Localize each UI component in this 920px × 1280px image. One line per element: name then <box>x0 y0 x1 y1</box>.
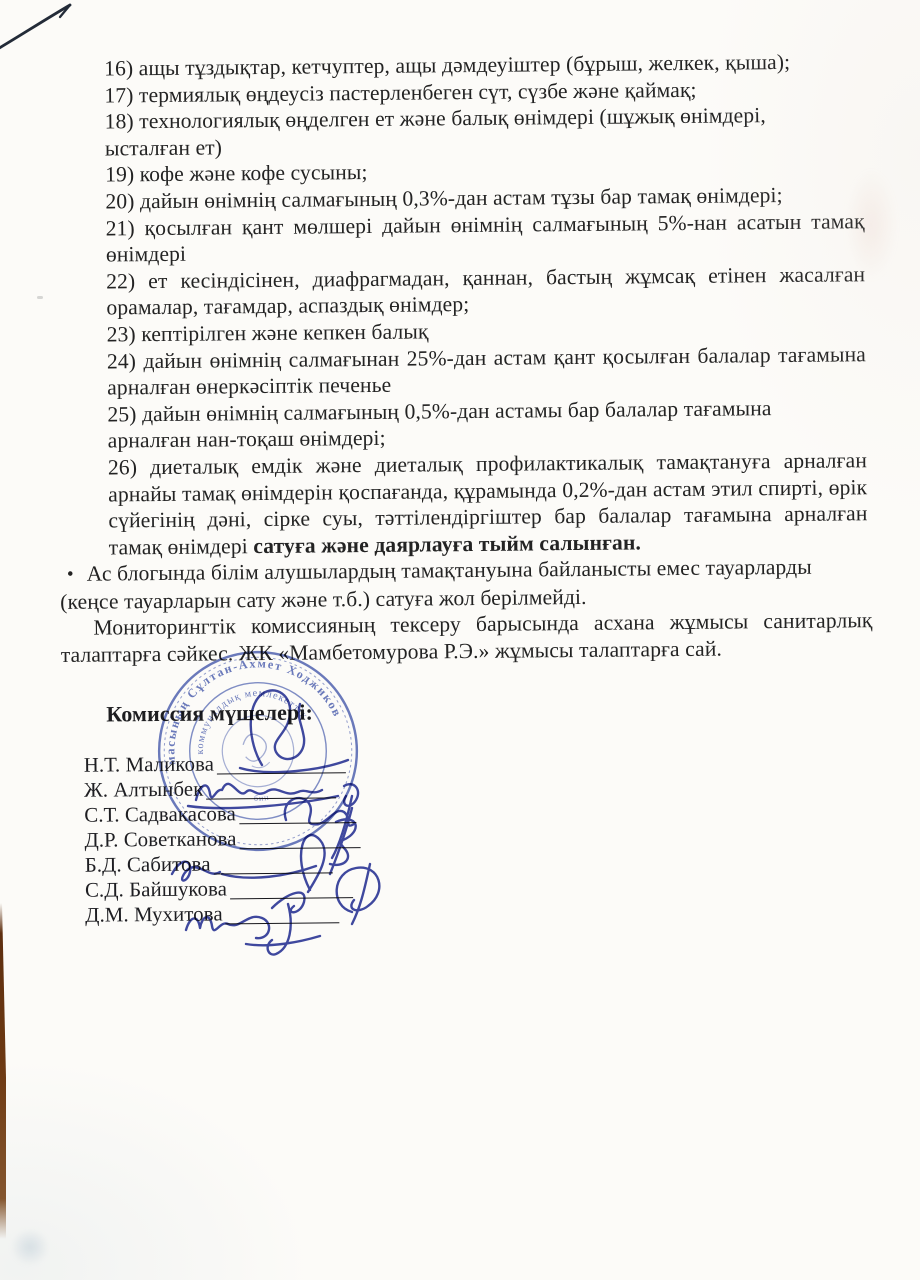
member-name: Д.Р. Советканова <box>84 826 236 854</box>
bullet-paragraph-text: Ас блогында білім алушылардың тамақтануы… <box>60 555 812 614</box>
member-name: С.Т. Садвакасова <box>84 801 236 829</box>
list-item-24: 24) дайын өнімнің салмағынан 25%-дан аст… <box>107 341 866 401</box>
scan-speck <box>37 296 43 299</box>
bullet-paragraph: •Ас блогында білім алушылардың тамақтану… <box>60 553 872 615</box>
list-item-18: 18) технологиялық өңделген ет және балық… <box>105 102 811 162</box>
signature-line <box>207 797 337 800</box>
signature-line <box>240 846 361 849</box>
member-row: Б.Д. Сабитова <box>85 852 333 879</box>
scan-smudge <box>4 1222 56 1272</box>
signature-line <box>226 922 340 925</box>
scanned-document-page: 16) ащы тұздықтар, кетчуптер, ащы дәмдеу… <box>0 0 920 1280</box>
bullet-icon: • <box>67 562 74 589</box>
commission-heading: Комиссия мүшелері: <box>106 694 873 728</box>
signature-line <box>217 771 346 774</box>
member-row: Н.Т. Маликова <box>84 751 346 779</box>
scan-edge-artifact <box>0 903 6 1239</box>
member-row: Ж. Алтынбек <box>84 777 336 804</box>
member-name: Д.М. Мухитова <box>85 901 223 929</box>
member-row: Д.Р. Советканова <box>84 826 360 854</box>
member-row: С.Т. Садвакасова <box>84 801 356 829</box>
member-name: Н.Т. Маликова <box>84 751 214 779</box>
document-body: 16) ащы тұздықтар, кетчуптер, ащы дәмдеу… <box>55 48 875 929</box>
signature-line <box>230 896 353 899</box>
list-item-25: 25) дайын өнімнің салмағының 0,5%-дан ас… <box>107 394 813 454</box>
signature-line <box>214 872 333 875</box>
member-row: Д.М. Мухитова <box>85 902 339 929</box>
numbered-list: 16) ащы тұздықтар, кетчуптер, ащы дәмдеу… <box>104 48 868 561</box>
signature-line <box>239 821 356 824</box>
prohibition-bold-text: сатуға және даярлауға тыйм салынған. <box>253 530 641 558</box>
member-name: С.Д. Байшукова <box>85 876 227 904</box>
monitoring-paragraph: Мониторингтік комиссияның тексеру барысы… <box>60 608 872 669</box>
list-item-22: 22) ет кесіндісінен, диафрагмадан, қанна… <box>106 261 865 321</box>
list-item-26: 26) диеталық емдік және диеталық профила… <box>108 447 868 561</box>
member-row: С.Д. Байшукова <box>85 876 353 904</box>
member-name: Ж. Алтынбек <box>84 776 204 804</box>
list-item-21: 21) қосылған қант мөлшері дайын өнімнің … <box>106 208 865 268</box>
member-name: Б.Д. Сабитова <box>85 851 211 879</box>
commission-members-list: Н.Т. Маликова Ж. Алтынбек С.Т. Садвакасо… <box>84 746 876 929</box>
